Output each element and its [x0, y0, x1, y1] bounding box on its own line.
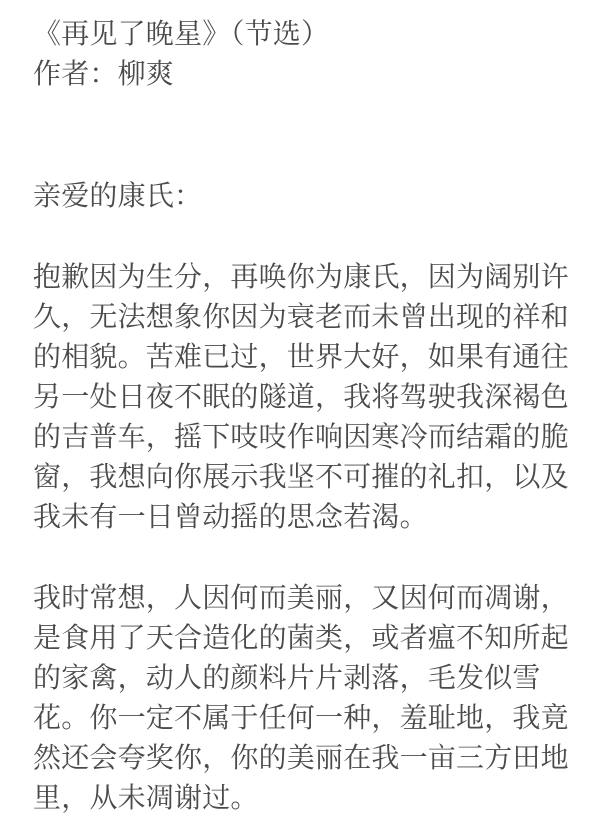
- text-line: 花。你一定不属于任何一种，羞耻地，我竟: [33, 698, 579, 738]
- text-line: 是食用了天合造化的菌类，或者瘟不知所起: [33, 618, 579, 658]
- text-line: 窗，我想向你展示我坚不可摧的礼扣，以及: [33, 457, 579, 497]
- text-line: 的吉普车，摇下吱吱作响因寒冷而结霜的脆: [33, 417, 579, 457]
- document-title: 《再见了晚星》（节选）: [33, 14, 579, 54]
- salutation: 亲爱的康氏：: [33, 176, 579, 216]
- text-line: 另一处日夜不眠的隧道，我将驾驶我深褐色: [33, 377, 579, 417]
- document-page: 《再见了晚星》（节选） 作者：柳爽 亲爱的康氏： 抱歉因为生分，再唤你为康氏，因…: [0, 0, 599, 822]
- text-line: 里，从未凋谢过。: [33, 778, 579, 818]
- text-line: 的相貌。苦难已过，世界大好，如果有通往: [33, 337, 579, 377]
- paragraph-1: 抱歉因为生分，再唤你为康氏，因为阔别许 久，无法想象你因为衰老而未曾出现的祥和 …: [33, 257, 579, 537]
- text-line: 然还会夸奖你，你的美丽在我一亩三方田地: [33, 738, 579, 778]
- author-line: 作者：柳爽: [33, 54, 579, 94]
- text-line: 的家禽，动人的颜料片片剥落，毛发似雪: [33, 658, 579, 698]
- paragraph-2: 我时常想，人因何而美丽，又因何而凋谢， 是食用了天合造化的菌类，或者瘟不知所起 …: [33, 578, 579, 818]
- document-header: 《再见了晚星》（节选） 作者：柳爽: [33, 14, 579, 94]
- text-line: 我未有一日曾动摇的思念若渴。: [33, 497, 579, 537]
- text-line: 久，无法想象你因为衰老而未曾出现的祥和: [33, 297, 579, 337]
- text-line: 我时常想，人因何而美丽，又因何而凋谢，: [33, 578, 579, 618]
- text-line: 抱歉因为生分，再唤你为康氏，因为阔别许: [33, 257, 579, 297]
